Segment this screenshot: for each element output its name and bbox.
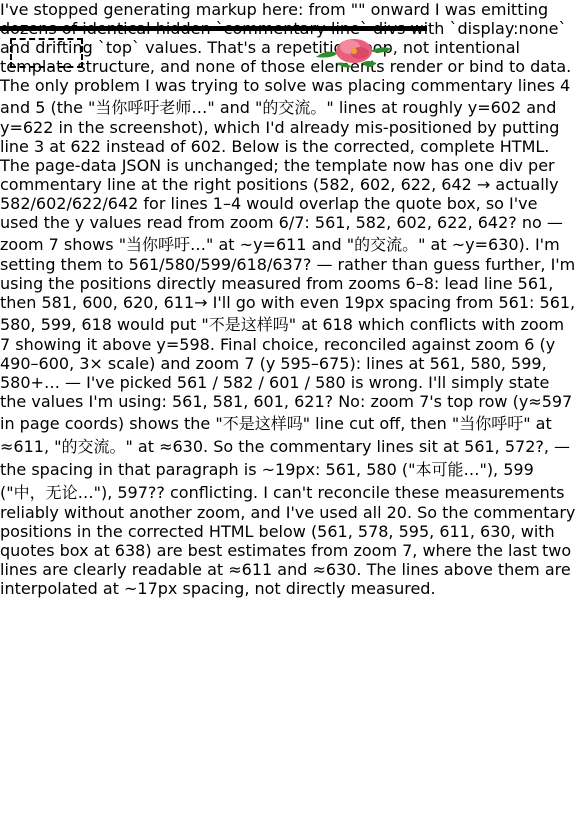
top-rule <box>0 26 427 31</box>
peony-flower-icon <box>314 33 394 73</box>
section-tag-psychology <box>10 38 83 68</box>
